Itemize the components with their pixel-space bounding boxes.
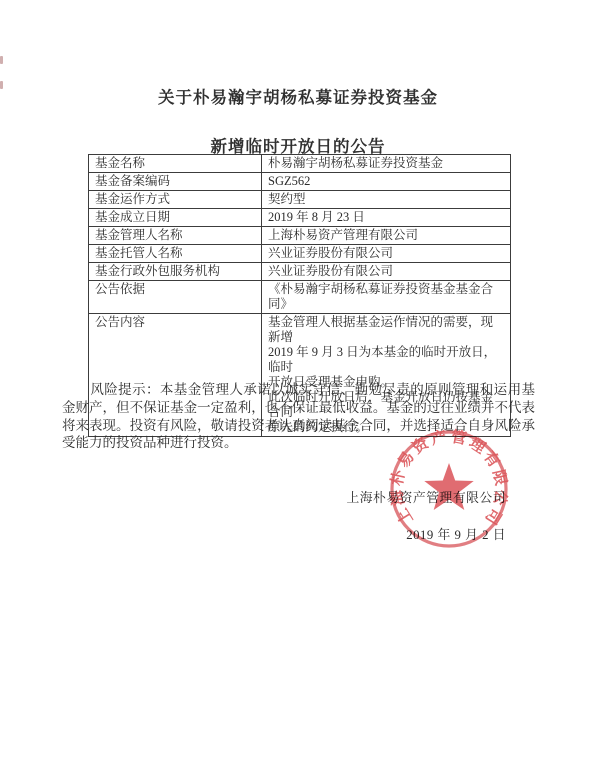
row-label: 基金备案编码 <box>89 173 262 191</box>
row-value: 《朴易瀚宇胡杨私募证券投资基金基金合同》 <box>262 281 511 314</box>
row-label: 基金管理人名称 <box>89 227 262 245</box>
row-label: 基金托管人名称 <box>89 245 262 263</box>
scan-artifact-mark <box>0 56 3 64</box>
row-label: 公告依据 <box>89 281 262 314</box>
row-value: 朴易瀚宇胡杨私募证券投资基金 <box>262 155 511 173</box>
row-value: 契约型 <box>262 191 511 209</box>
table-row: 基金运作方式 契约型 <box>89 191 511 209</box>
row-label: 基金行政外包服务机构 <box>89 263 262 281</box>
row-value: 兴业证券股份有限公司 <box>262 245 511 263</box>
document-page: 关于朴易瀚宇胡杨私募证券投资基金 新增临时开放日的公告 基金名称 朴易瀚宇胡杨私… <box>0 0 596 769</box>
table-row: 基金名称 朴易瀚宇胡杨私募证券投资基金 <box>89 155 511 173</box>
doc-title-line1: 关于朴易瀚宇胡杨私募证券投资基金 <box>0 84 596 108</box>
row-value: 上海朴易资产管理有限公司 <box>262 227 511 245</box>
row-label: 基金成立日期 <box>89 209 262 227</box>
seal-star-icon <box>424 463 473 510</box>
scan-artifact-mark <box>0 81 3 89</box>
row-label: 基金名称 <box>89 155 262 173</box>
table-row: 基金管理人名称 上海朴易资产管理有限公司 <box>89 227 511 245</box>
row-value: SGZ562 <box>262 173 511 191</box>
table-row: 基金托管人名称 兴业证券股份有限公司 <box>89 245 511 263</box>
table-row: 基金成立日期 2019 年 8 月 23 日 <box>89 209 511 227</box>
table-row: 公告依据 《朴易瀚宇胡杨私募证券投资基金基金合同》 <box>89 281 511 314</box>
row-value: 2019 年 8 月 23 日 <box>262 209 511 227</box>
table-row: 基金备案编码 SGZ562 <box>89 173 511 191</box>
row-value: 兴业证券股份有限公司 <box>262 263 511 281</box>
company-seal: 上海朴易资产管理有限公司 <box>387 427 511 551</box>
row-label: 基金运作方式 <box>89 191 262 209</box>
table-row: 基金行政外包服务机构 兴业证券股份有限公司 <box>89 263 511 281</box>
